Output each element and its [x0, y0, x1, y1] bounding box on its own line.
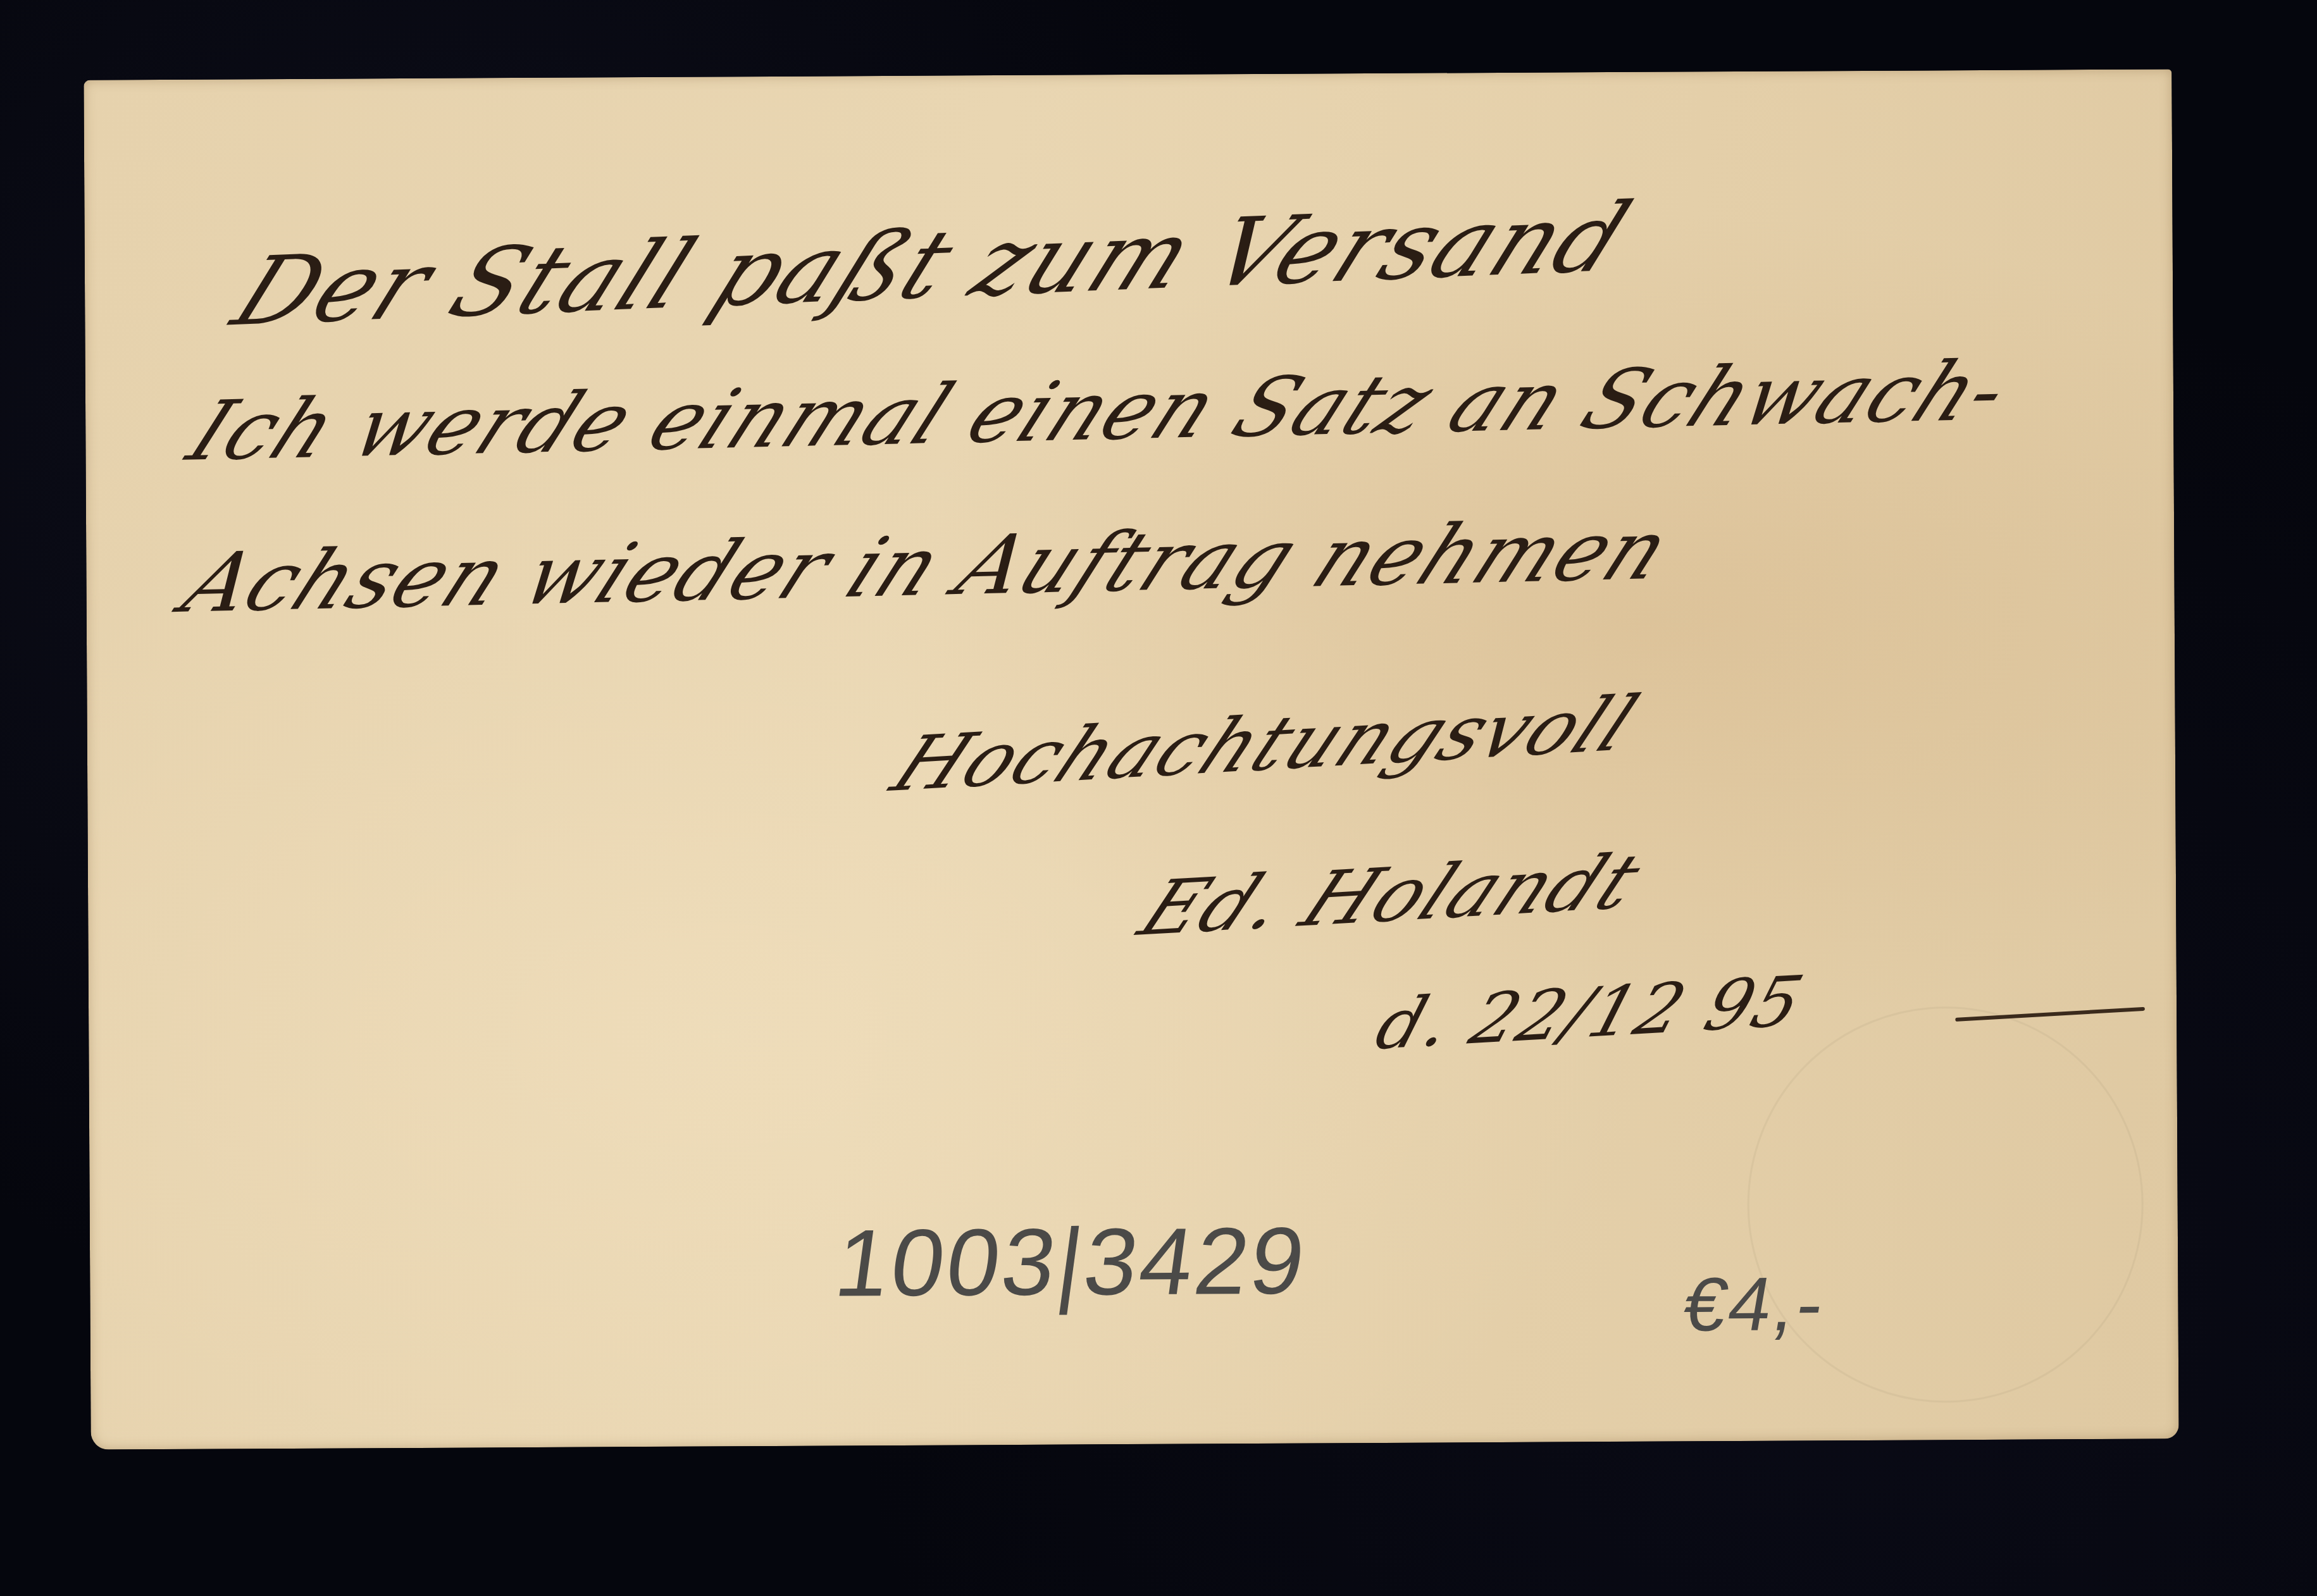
message-line-3: Achsen wieder in Auftrag nehmen: [169, 502, 1686, 631]
scan-background: Der Stall paßt zum Versand Ich werde ein…: [0, 0, 2317, 1596]
date: d. 22/12 95: [1367, 960, 1813, 1065]
price-note: €4,-: [1677, 1260, 1833, 1348]
archive-number: 1003|3429: [829, 1206, 1314, 1318]
message-line-2: Ich werde einmal einen Satz an Schwach-: [175, 342, 2025, 479]
signature: Ed. Holandt: [1126, 838, 1656, 954]
postcard: Der Stall paßt zum Versand Ich werde ein…: [84, 69, 2178, 1449]
message-line-1: Der Stall paßt zum Versand: [218, 183, 1646, 348]
closing: Hochachtungsvoll: [878, 680, 1652, 809]
